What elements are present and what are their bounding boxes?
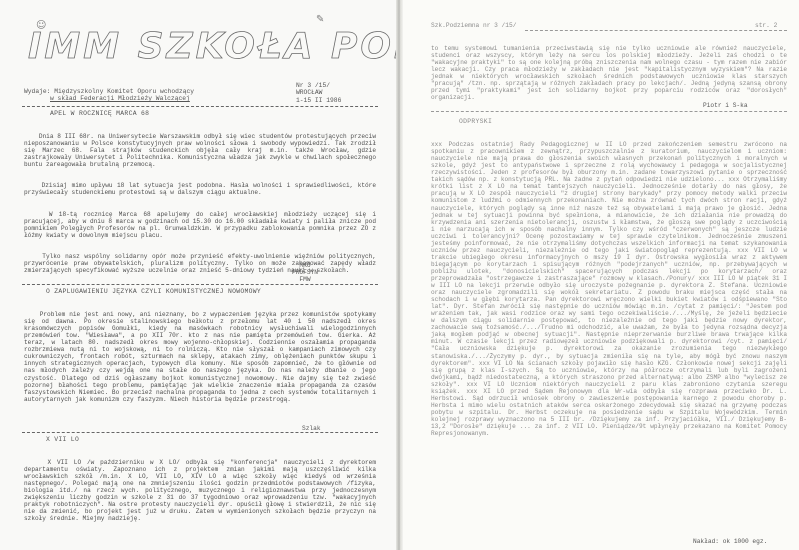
odpryski-title: ODPRYSKI — [459, 118, 492, 125]
signature-line: MKO — [292, 262, 318, 269]
page-gutter — [396, 0, 403, 550]
masthead: IMM SZKOŁA PODZIEMNA — [28, 26, 368, 74]
print-run-note: Nakład: ok 1000 egz. — [693, 538, 767, 545]
masthead-title: SZKOŁA PODZIEMNA — [138, 26, 396, 67]
article-2-signature: Szlak — [302, 425, 321, 432]
article-1-para-1: Dnia 8 III 68r. na Uniwersytecie Warszaw… — [24, 133, 376, 168]
issue-number: Nr 3 /15/ — [296, 82, 341, 89]
publisher-line-2: w skład Federacji Młodzieży Walczącej — [24, 95, 194, 102]
article-2-title: O ZAPLUGAWIENIU JĘZYKA CZYLI KOMUNISTYCZ… — [46, 288, 261, 295]
article-1-body: Dnia 8 III 68r. na Uniwersytecie Warszaw… — [24, 119, 376, 288]
divider — [22, 284, 378, 285]
article-2-para-1: Problem nie jest ani nowy, ani nieznany,… — [24, 311, 376, 403]
issue-city: WROCŁAW — [296, 89, 341, 96]
article-1-title: APEL W ROCZNICĘ MARCA 68 — [50, 110, 149, 117]
divider — [431, 111, 787, 112]
masthead-prefix: IMM — [28, 26, 122, 67]
running-head-left: Szk.Podziemna nr 3 /15/ — [431, 22, 516, 29]
article-3-title: X VII LO — [46, 436, 79, 443]
article-3-para-1: X VII LO /w październiku w X LO/ odbyła … — [24, 459, 376, 522]
publisher-block: Wydaje: Międzyszkolny Komitet Oporu wcho… — [24, 88, 194, 103]
divider — [22, 106, 378, 107]
issue-block: Nr 3 /15/ WROCŁAW 1-15 II 1986 — [296, 82, 341, 104]
odpryski-para: xxx Podczas ostatniej Rady Pedagogicznej… — [431, 141, 787, 437]
signature-line: FMW — [292, 276, 318, 283]
article-1-para-3: W 18-tą rocznicę Marca 68 apelujemy do c… — [24, 211, 376, 239]
doodle-figure-icon: ✎ — [316, 14, 324, 25]
issue-date: 1-15 II 1986 — [296, 97, 341, 104]
divider — [22, 432, 378, 433]
running-head-page-number: str. 2 — [755, 22, 777, 29]
signature-line: PROFSYN — [292, 269, 318, 276]
odpryski-body: xxx Podczas ostatniej Rady Pedagogicznej… — [431, 127, 787, 451]
article-1-para-2: Dzisiaj mimo upływu 18 lat sytuacja jest… — [24, 182, 376, 196]
article-2-body: Problem nie jest ani nowy, ani nieznany,… — [24, 297, 376, 417]
article-3-body: X VII LO /w październiku w X LO/ odbyła … — [24, 445, 376, 537]
article-continuation-para: to temu systemowi tumanienia przeciwstaw… — [431, 45, 787, 101]
article-1-para-4: Tylko nasz wspólny solidarny opór może p… — [24, 253, 376, 274]
article-1-signature: MKO PROFSYN FMW — [292, 262, 318, 283]
right-page: Szk.Podziemna nr 3 /15/ str. 2 to temu s… — [403, 0, 799, 550]
article-continuation-signature: Piotr i S-ka — [703, 102, 748, 109]
publisher-line-1: Wydaje: Międzyszkolny Komitet Oporu wcho… — [24, 88, 194, 95]
left-page: ☺ ✎ IMM SZKOŁA PODZIEMNA Wydaje: Międzys… — [0, 0, 396, 550]
